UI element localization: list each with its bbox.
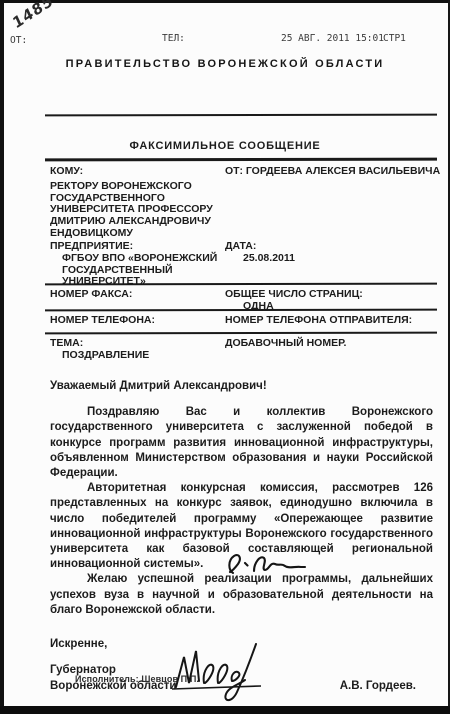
signer-name: А.В. Гордеев. (340, 679, 416, 695)
company-label: ПРЕДПРИЯТИЕ: (50, 241, 230, 252)
fax-from-label: ОТ: (10, 35, 27, 46)
fax-number-label: НОМЕР ФАКСА: (50, 289, 132, 300)
fax-page-number: СТР1 (383, 33, 406, 44)
divider (45, 283, 437, 286)
divider (45, 114, 437, 117)
letterhead-title: ПРАВИТЕЛЬСТВО ВОРОНЕЖСКОЙ ОБЛАСТИ (0, 58, 450, 70)
fax-document-page: 1485 ОТ: ТЕЛ: 25 АВГ. 2011 15:01 СТР1 ПР… (0, 0, 450, 714)
scan-border-top (0, 0, 450, 3)
recipient-line: ДМИТРИЮ АЛЕКСАНДРОВИЧУ (50, 216, 230, 228)
divider (45, 158, 437, 161)
governor-signature-handwriting (224, 550, 310, 580)
divider (45, 309, 437, 312)
subject-block: ТЕМА: ПОЗДРАВЛЕНИЕ (50, 338, 149, 362)
handwritten-registration-number: 1485 (10, 0, 56, 32)
executor-signature-handwriting (166, 637, 266, 707)
date-value: 25.08.2011 (243, 253, 295, 264)
date-label: ДАТА: (225, 241, 295, 252)
fax-tel-label: ТЕЛ: (162, 33, 185, 44)
scan-border-left (0, 0, 4, 714)
recipient-line: ЕНДОВИЦКОМУ (50, 228, 230, 240)
company-line: ФГБОУ ВПО «ВОРОНЕЖСКИЙ (62, 253, 230, 264)
fax-machine-header: ОТ: ТЕЛ: 25 АВГ. 2011 15:01 СТР1 (0, 33, 450, 47)
phone-number-label: НОМЕР ТЕЛЕФОНА: (50, 315, 155, 326)
sender-phone-label: НОМЕР ТЕЛЕФОНА ОТПРАВИТЕЛЯ: (225, 315, 412, 326)
fax-datetime: 25 АВГ. 2011 15:01 (281, 33, 384, 44)
recipient-lines: РЕКТОРУ ВОРОНЕЖСКОГО ГОСУДАРСТВЕННОГО УН… (50, 181, 230, 239)
company-block: ПРЕДПРИЯТИЕ: ФГБОУ ВПО «ВОРОНЕЖСКИЙ ГОСУ… (50, 241, 230, 287)
scan-border-bottom (0, 706, 450, 714)
total-pages-label: ОБЩЕЕ ЧИСЛО СТРАНИЦ: (225, 289, 363, 300)
subject-label: ТЕМА: (50, 338, 149, 349)
recipient-block: КОМУ: РЕКТОРУ ВОРОНЕЖСКОГО ГОСУДАРСТВЕНН… (50, 166, 230, 239)
salutation: Уважаемый Дмитрий Александрович! (50, 379, 433, 394)
to-label: КОМУ: (50, 166, 230, 177)
signature-underline (172, 686, 261, 689)
sender-value: ОТ: ГОРДЕЕВА АЛЕКСЕЯ ВАСИЛЬЕВИЧА (225, 166, 440, 177)
company-lines: ФГБОУ ВПО «ВОРОНЕЖСКИЙ ГОСУДАРСТВЕННЫЙ У… (62, 253, 230, 287)
fax-form-heading: ФАКСИМИЛЬНОЕ СООБЩЕНИЕ (0, 140, 450, 152)
date-block: ДАТА: 25.08.2011 (225, 241, 295, 265)
letter-paragraph: Поздравляю Вас и коллектив Воронежского … (50, 405, 433, 481)
extension-number-label: ДОБАВОЧНЫЙ НОМЕР. (225, 338, 346, 349)
subject-value: ПОЗДРАВЛЕНИЕ (62, 350, 149, 361)
divider (45, 332, 437, 335)
